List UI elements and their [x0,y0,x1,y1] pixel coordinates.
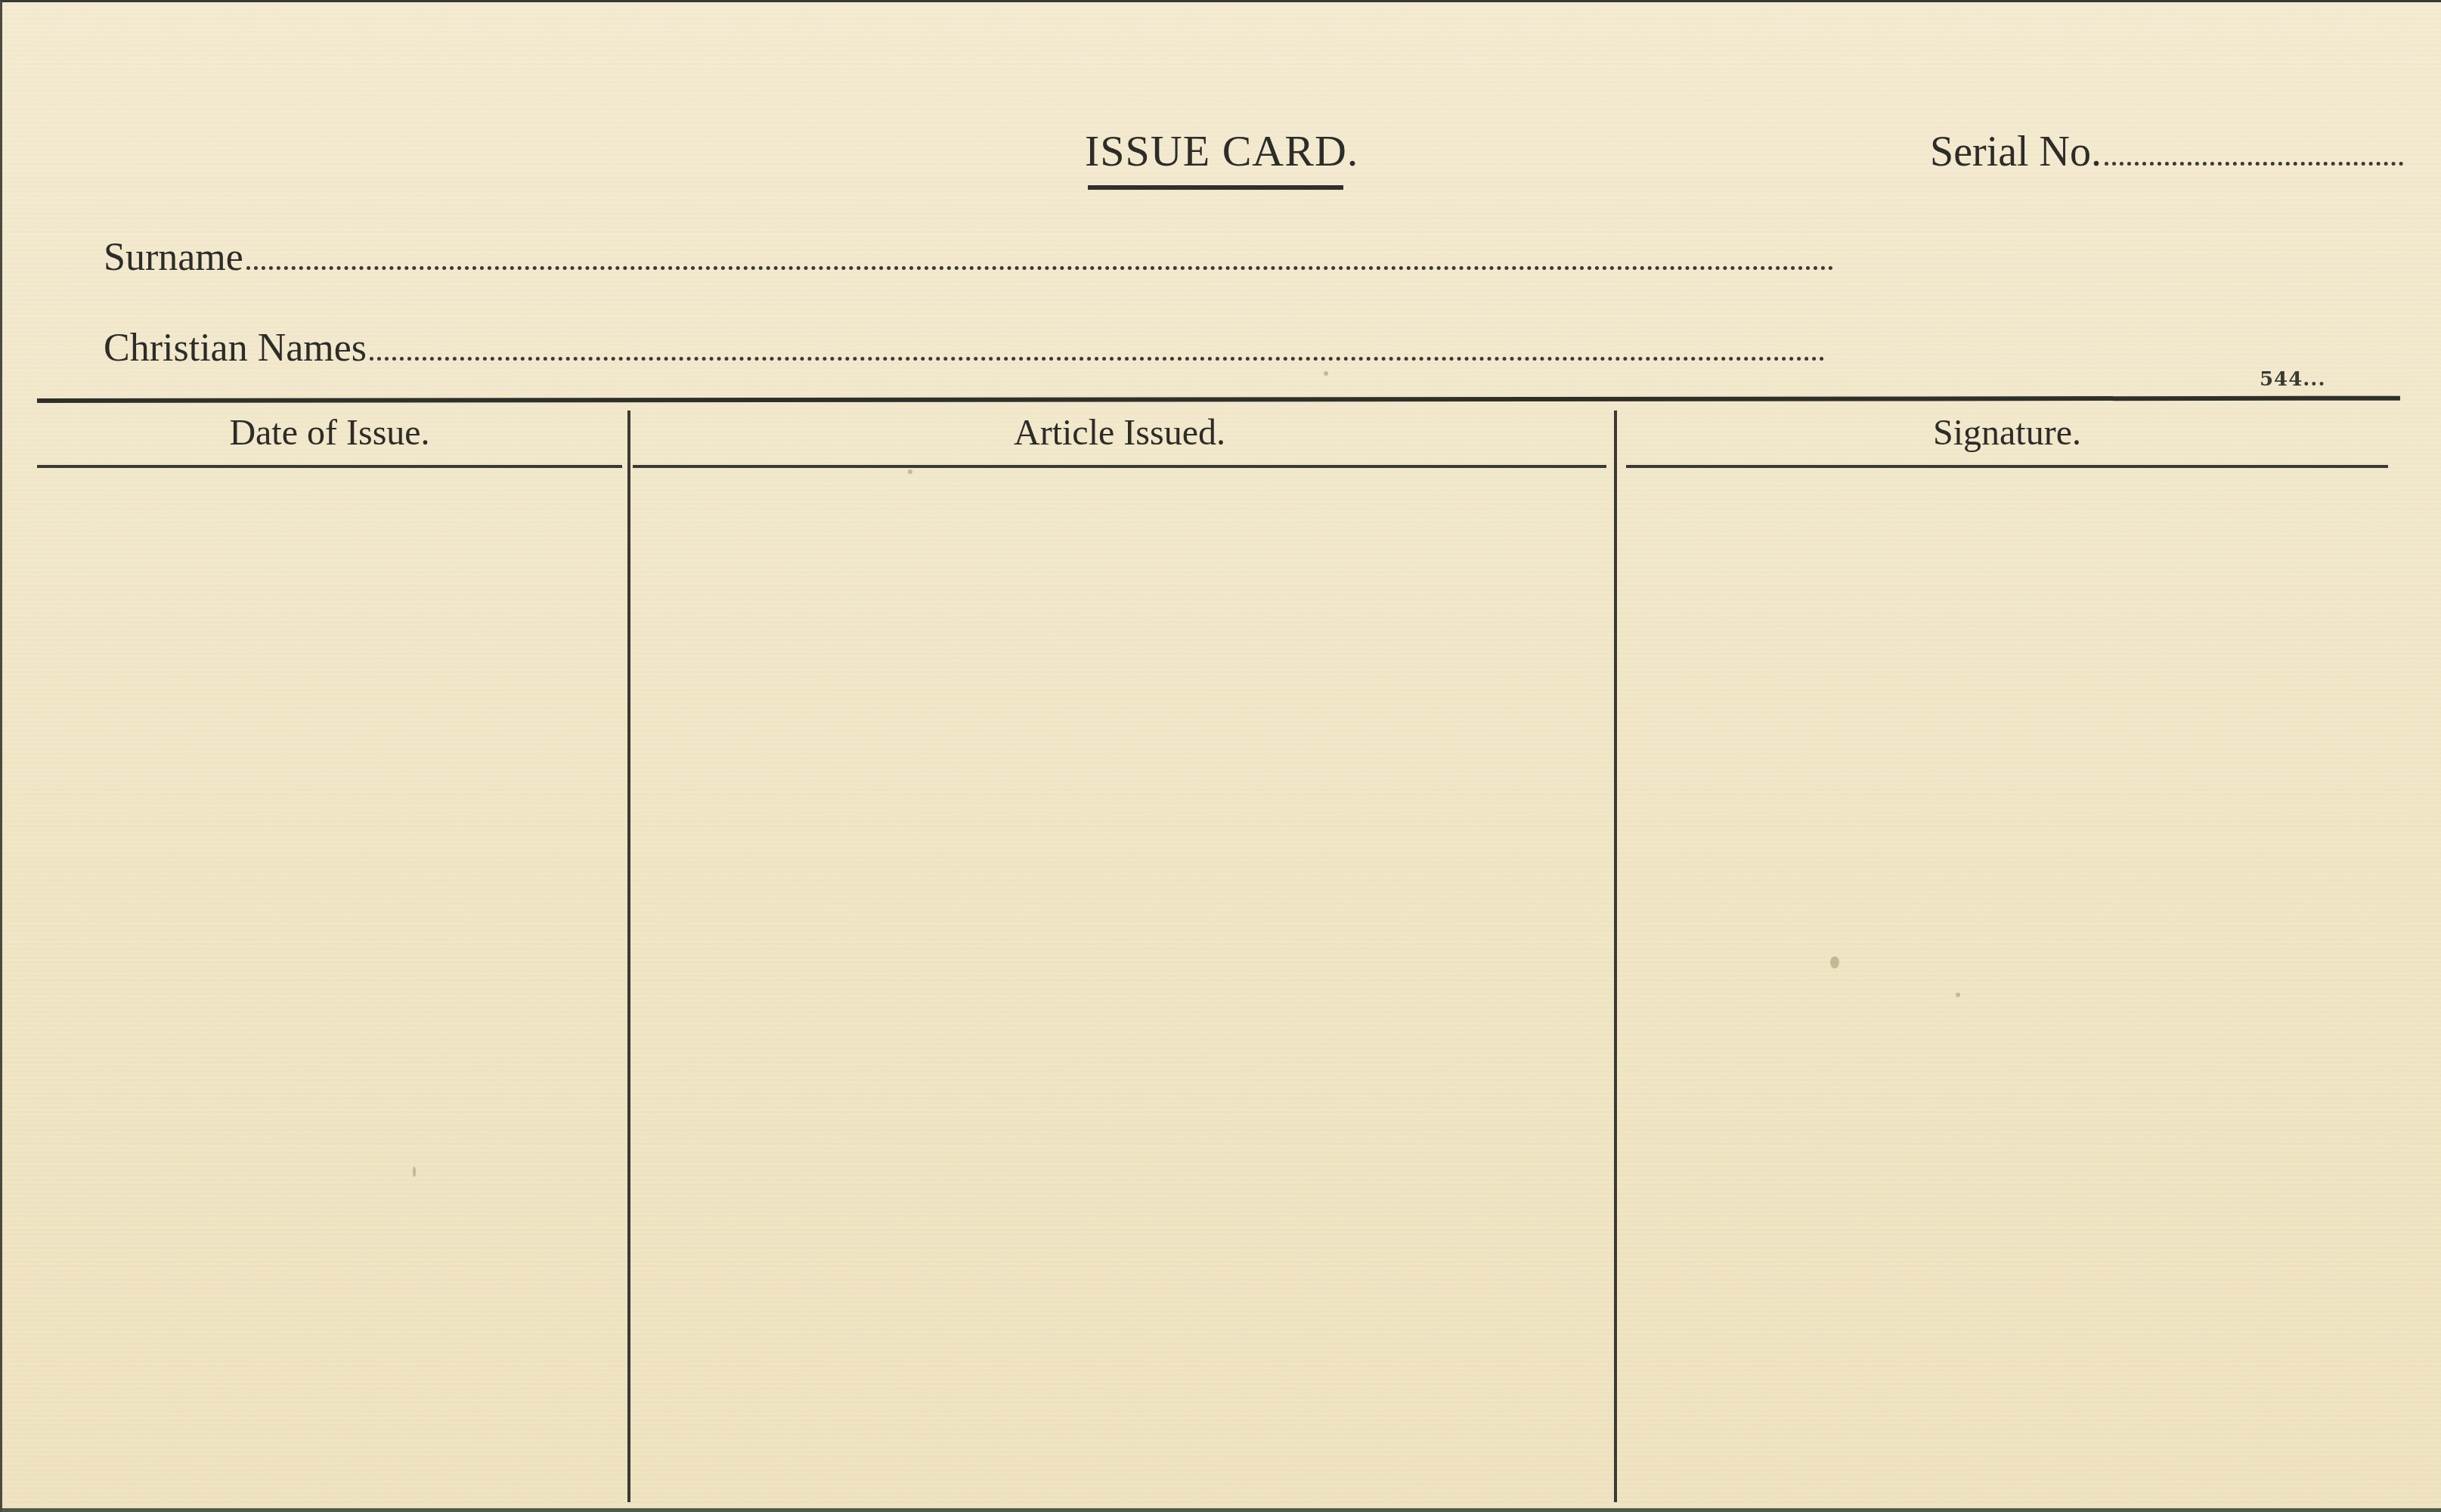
article-issued-column-area[interactable] [633,471,1606,1499]
column-rule-article [633,465,1606,468]
card-bottom-edge [2,1508,2441,1512]
serial-number-label: Serial No. [1930,129,2102,175]
column-header-article-issued: Article Issued. [633,415,1606,451]
paper-speck [413,1167,416,1177]
paper-speck [1830,956,1839,968]
christian-names-label: Christian Names [104,327,367,370]
surname-field[interactable]: Surname [104,238,1834,277]
paper-speck [1956,993,1960,997]
column-header-date-of-issue: Date of Issue. [37,415,622,451]
column-header-signature: Signature. [1626,415,2388,451]
signature-column-area[interactable] [1626,471,2388,1499]
title-underline [1088,185,1343,190]
card-title: ISSUE CARD. [1085,129,1358,173]
form-number: 544... [2260,368,2325,391]
header-rule [37,396,2400,403]
paper-speck [1324,371,1328,376]
surname-label: Surname [104,236,243,279]
christian-names-field[interactable]: Christian Names [104,329,1825,368]
issue-card: ISSUE CARD. Serial No. Surname Christian… [0,0,2441,1512]
column-rule-signature [1626,465,2388,468]
date-of-issue-column-area[interactable] [37,471,622,1499]
column-divider-2 [1614,411,1617,1502]
christian-names-dotted-line[interactable] [370,357,1825,361]
surname-dotted-line[interactable] [246,266,1834,270]
serial-number-field[interactable]: Serial No. [1930,131,2403,173]
column-divider-1 [627,411,630,1502]
paper-speck [908,469,912,474]
column-rule-date [37,465,622,468]
serial-number-dotted-line[interactable] [2105,162,2403,166]
